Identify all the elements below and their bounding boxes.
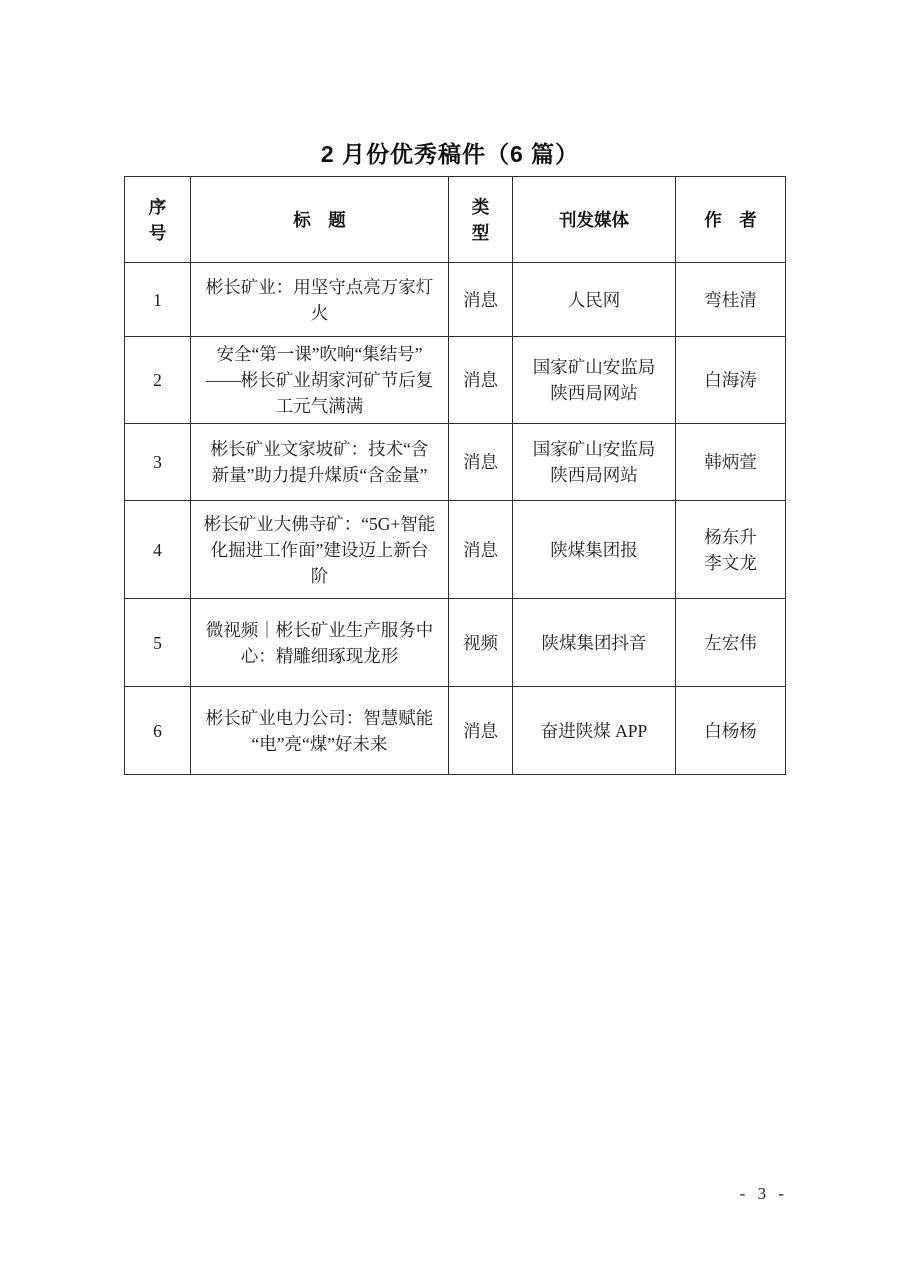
header-cell-title: 标 题	[191, 177, 449, 263]
row-number-cell: 6	[125, 687, 191, 775]
type-cell: 消息	[449, 501, 513, 599]
header-row: 序 号 标 题 类 型 刊发媒体 作 者	[125, 177, 786, 263]
row-number-cell: 5	[125, 599, 191, 687]
type-cell: 消息	[449, 263, 513, 337]
media-cell: 国家矿山安监局 陕西局网站	[513, 337, 676, 424]
author-cell: 杨东升 李文龙	[676, 501, 786, 599]
table-row: 3彬长矿业文家坡矿：技术“含 新量”助力提升煤质“含金量”消息国家矿山安监局 陕…	[125, 424, 786, 501]
title-cell: 安全“第一课”吹响“集结号” ——彬长矿业胡家河矿节后复 工元气满满	[191, 337, 449, 424]
table-row: 1彬长矿业：用坚守点亮万家灯 火消息人民网弯桂清	[125, 263, 786, 337]
document-title: 2 月份优秀稿件（6 篇）	[0, 136, 900, 169]
media-cell: 人民网	[513, 263, 676, 337]
header-cell-number: 序 号	[125, 177, 191, 263]
type-cell: 消息	[449, 337, 513, 424]
title-cell: 微视频｜彬长矿业生产服务中 心：精雕细琢现龙形	[191, 599, 449, 687]
author-cell: 左宏伟	[676, 599, 786, 687]
row-number-cell: 4	[125, 501, 191, 599]
header-cell-author: 作 者	[676, 177, 786, 263]
table-row: 2安全“第一课”吹响“集结号” ——彬长矿业胡家河矿节后复 工元气满满消息国家矿…	[125, 337, 786, 424]
title-cell: 彬长矿业文家坡矿：技术“含 新量”助力提升煤质“含金量”	[191, 424, 449, 501]
type-cell: 视频	[449, 599, 513, 687]
media-cell: 陕煤集团抖音	[513, 599, 676, 687]
header-cell-type: 类 型	[449, 177, 513, 263]
table-row: 5微视频｜彬长矿业生产服务中 心：精雕细琢现龙形视频陕煤集团抖音左宏伟	[125, 599, 786, 687]
manuscript-table-body: 1彬长矿业：用坚守点亮万家灯 火消息人民网弯桂清2安全“第一课”吹响“集结号” …	[125, 263, 786, 775]
media-cell: 陕煤集团报	[513, 501, 676, 599]
document-page: 2 月份优秀稿件（6 篇） 序 号 标 题 类 型 刊发媒体 作 者 1彬长矿业…	[0, 0, 900, 1273]
title-cell: 彬长矿业：用坚守点亮万家灯 火	[191, 263, 449, 337]
table-row: 6彬长矿业电力公司：智慧赋能 “电”亮“煤”好未来消息奋进陕煤 APP白杨杨	[125, 687, 786, 775]
header-cell-media: 刊发媒体	[513, 177, 676, 263]
page-number: - 3 -	[740, 1184, 788, 1204]
type-cell: 消息	[449, 687, 513, 775]
manuscripts-table: 序 号 标 题 类 型 刊发媒体 作 者 1彬长矿业：用坚守点亮万家灯 火消息人…	[124, 176, 786, 775]
media-cell: 国家矿山安监局 陕西局网站	[513, 424, 676, 501]
title-cell: 彬长矿业电力公司：智慧赋能 “电”亮“煤”好未来	[191, 687, 449, 775]
table-row: 4彬长矿业大佛寺矿：“5G+智能 化掘进工作面”建设迈上新台 阶消息陕煤集团报杨…	[125, 501, 786, 599]
author-cell: 韩炳萱	[676, 424, 786, 501]
media-cell: 奋进陕煤 APP	[513, 687, 676, 775]
author-cell: 白杨杨	[676, 687, 786, 775]
author-cell: 弯桂清	[676, 263, 786, 337]
row-number-cell: 2	[125, 337, 191, 424]
type-cell: 消息	[449, 424, 513, 501]
title-cell: 彬长矿业大佛寺矿：“5G+智能 化掘进工作面”建设迈上新台 阶	[191, 501, 449, 599]
row-number-cell: 3	[125, 424, 191, 501]
row-number-cell: 1	[125, 263, 191, 337]
table-header: 序 号 标 题 类 型 刊发媒体 作 者	[125, 177, 786, 263]
author-cell: 白海涛	[676, 337, 786, 424]
